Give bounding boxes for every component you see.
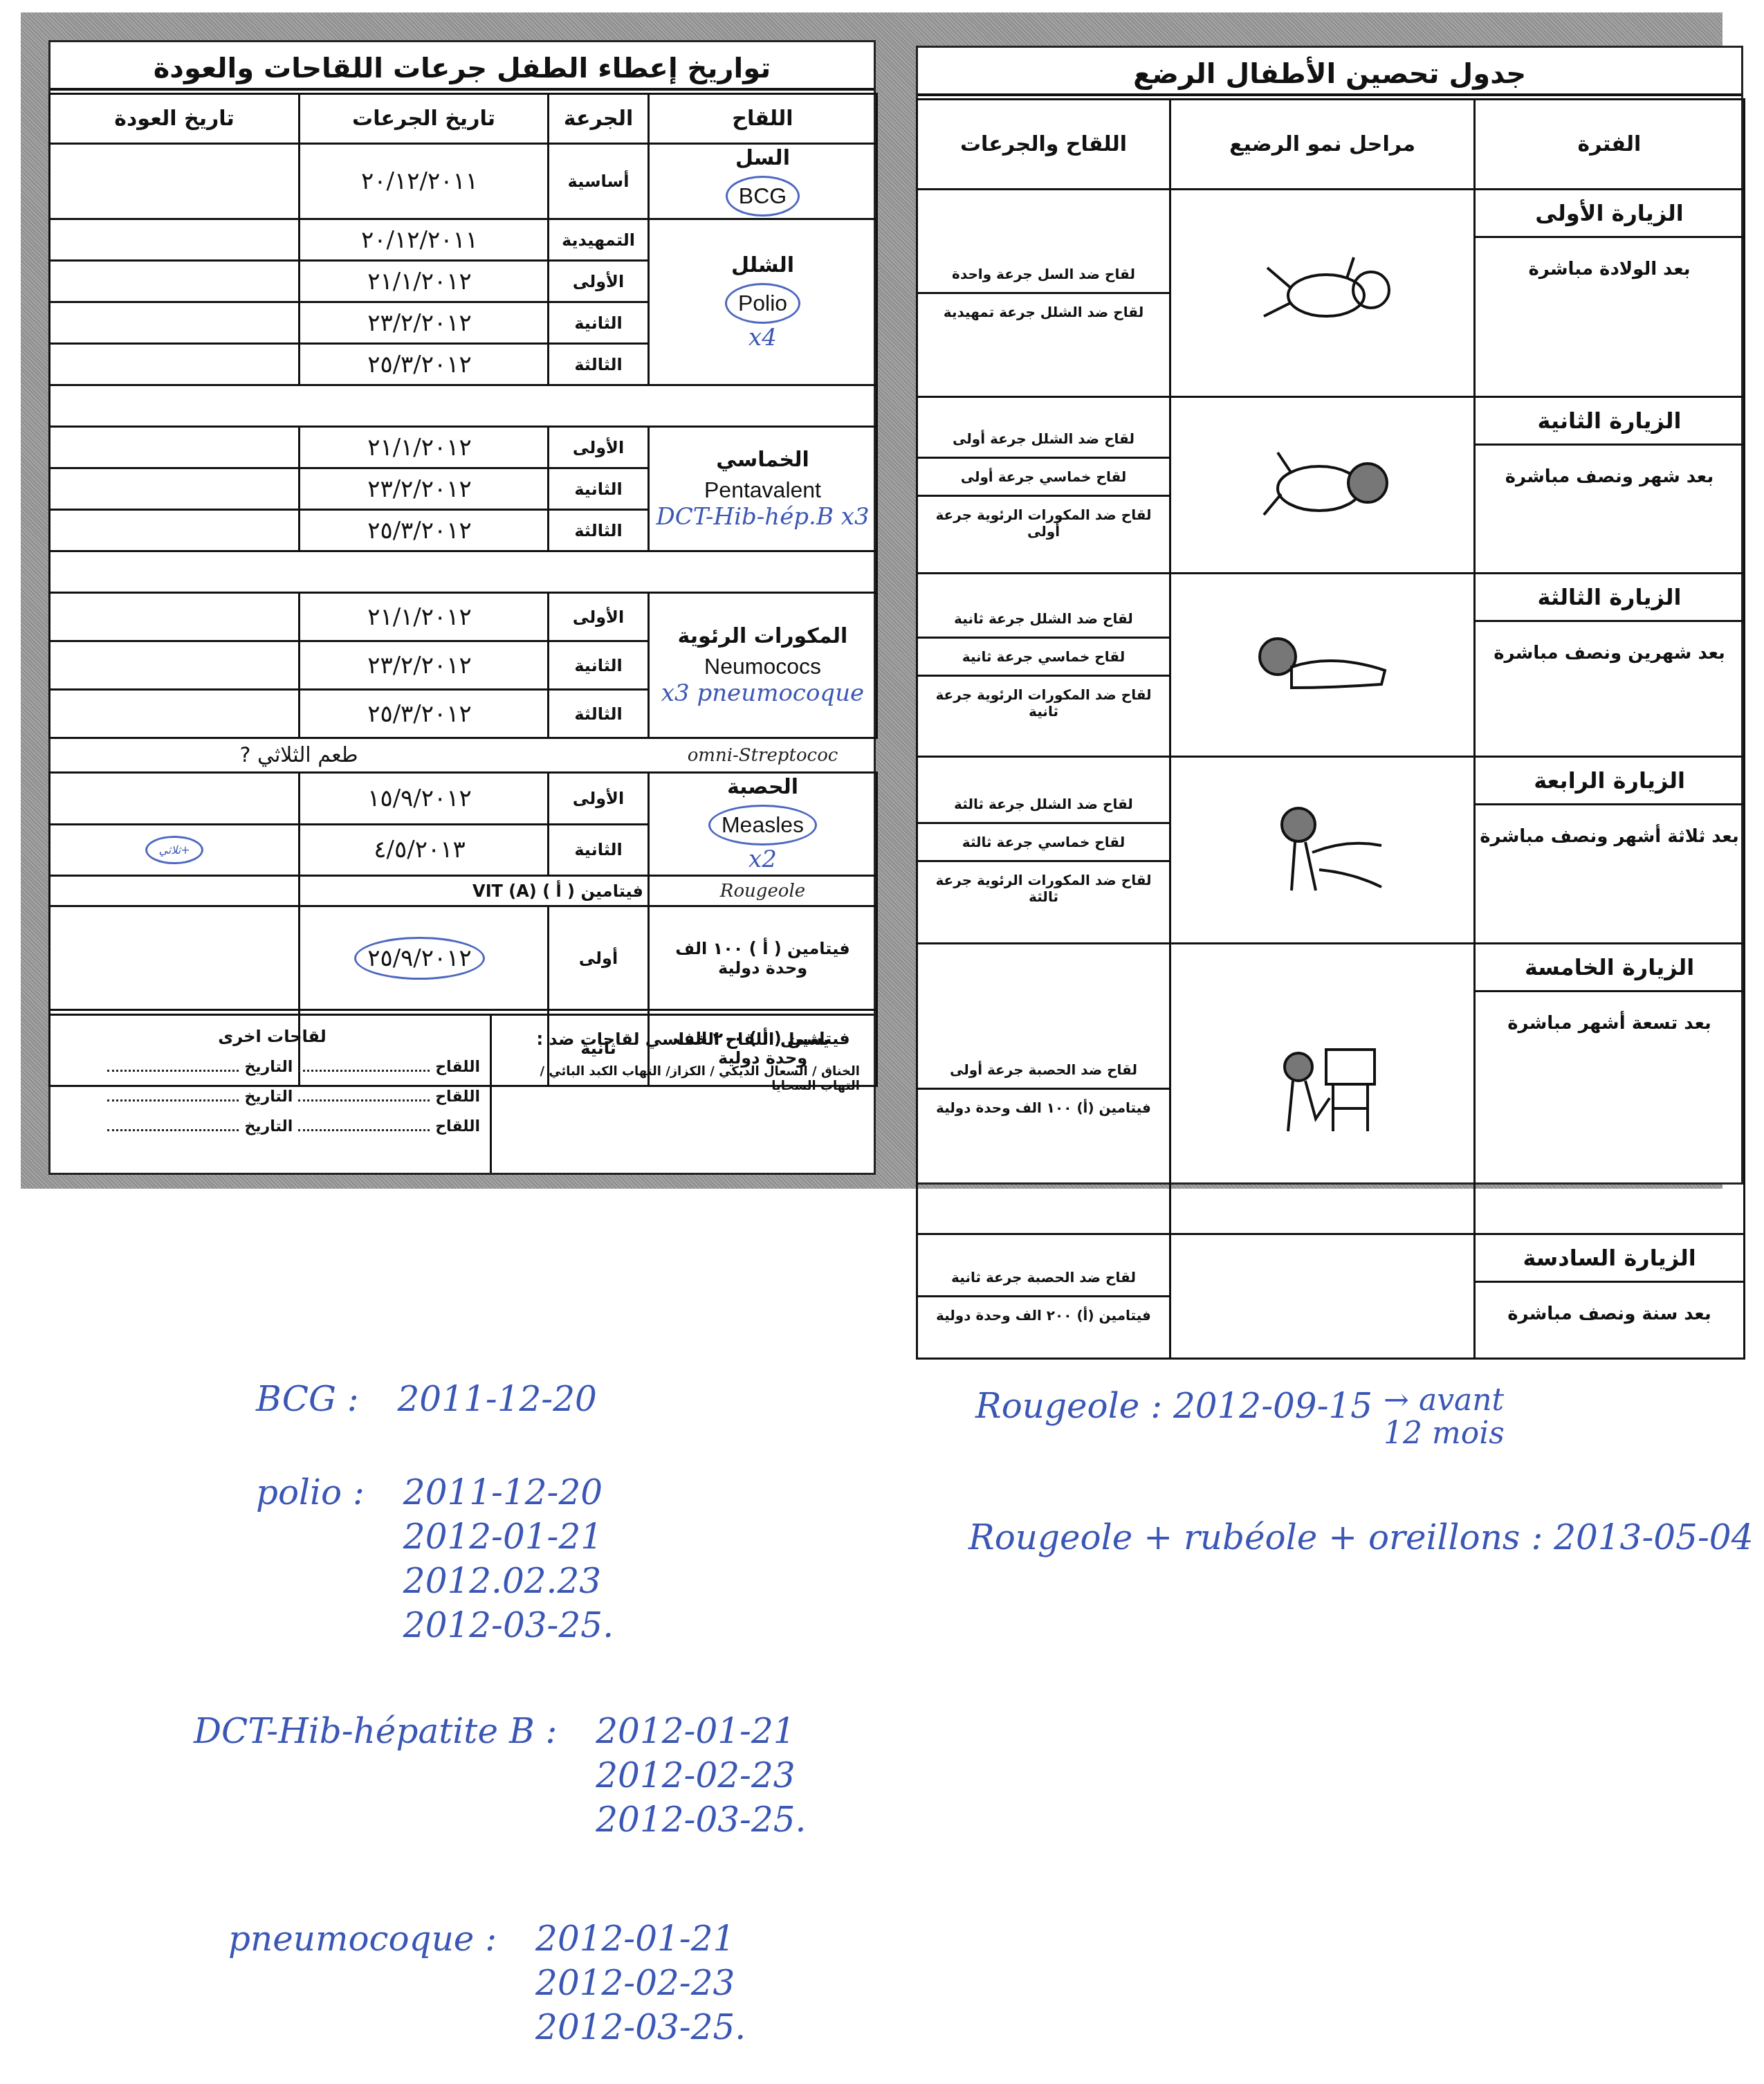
dose-date: ٢٥/٣/٢٠١٢ [300,690,549,738]
vitamin-dose: أولى [549,906,649,1010]
vaccine-cell-3: المكورات الرئويةNeumococsx3 pneumocoque [649,593,877,738]
return-date [50,261,300,302]
note-polio: polio : 2011-12-202012-01-212012.02.2320… [256,1470,614,1647]
extra-handwritten-row: omni-Streptococطعم الثلاثي ? [50,738,877,773]
visit-period: الزيارة الأولىبعد الولادة مباشرة [1475,190,1745,397]
note-date: 2012-02-23 [596,1753,806,1798]
schedule-visit-row: الزيارة الثانيةبعد شهر ونصف مباشرةلقاح ض… [917,397,1745,574]
return-date: +ثلاثي [50,824,300,876]
date-field-label: التاريخ [244,1059,293,1076]
vaccine-name-ar: السل [654,146,872,170]
baby-on-tummy-icon [1250,619,1395,709]
dose-date: ٢٣/٢/٢٠١٢ [300,468,549,510]
schedule-title: جدول تحصين الأطفال الرضع [918,52,1741,96]
visit-stage [1170,757,1475,944]
vaccine-name-ar: الخماسي [654,448,872,472]
dose-label: الثانية [549,824,649,876]
blank-row [50,385,877,427]
note-pneumo-dates: 2012-01-212012-02-232012-03-25. [535,1917,746,2049]
other-vaccine-line: اللقاحالتاريخ [64,1059,480,1076]
visit-title: الزيارة الخامسة [1480,954,1739,980]
vaccine-cell-0: السلBCG [649,144,877,219]
dose-label: الثانية [549,468,649,510]
dose-date: ٢١/١/٢٠١٢ [300,427,549,468]
vitamin-label: فيتامين ( أ ) VIT (A) [300,876,649,906]
vitamin-annotation: Rougeole [649,876,877,906]
note-dct: DCT-Hib-hépatite B : 2012-01-212012-02-2… [194,1709,806,1842]
return-date [50,344,300,385]
dose-date: ٢٣/٢/٢٠١٢ [300,302,549,344]
note-rougeole-date: 2012-09-15 [1173,1386,1372,1426]
vitamin-name: فيتامين ( أ ) ١٠٠ الف وحدة دولية [649,906,877,1010]
blank-row-cell [50,551,877,593]
vitamin-date: ٢٥/٩/٢٠١٢ [300,906,549,1010]
other-vaccines-lines: اللقاحالتاريخاللقاحالتاريخاللقاحالتاريخ [64,1059,480,1135]
dose-label: التمهيدية [549,219,649,261]
visit-stage [1170,397,1475,574]
visit-vaccine-item: لقاح ضد السل جرعة واحدة [918,256,1169,294]
visit-period: الزيارة السادسةبعد سنة ونصف مباشرة [1475,1234,1745,1359]
pentavalent-note: يشمل اللقاح الخماسي لقاحات ضد : الخناق /… [490,1016,874,1173]
vaccine-name-en: Neumococs [654,654,872,679]
dose-record-body: السلBCGأساسية٢٠/١٢/٢٠١١الشللPoliox4التمه… [50,144,877,1086]
visit-vaccine-item: لقاح خماسي جرعة ثانية [918,639,1169,677]
visit-vaccines: لقاح ضد الحصبة جرعة أولىفيتامين (أ) ١٠٠ … [917,944,1170,1234]
blank-row-cell [50,385,877,427]
note-rougeole-label: Rougeole : [975,1386,1162,1426]
note-rougeole: Rougeole : 2012-09-15 → avant 12 mois [975,1384,1543,1450]
note-date: 2012-01-21 [596,1709,806,1753]
vaccine-cell-1: الشللPoliox4 [649,219,877,385]
visit-vaccine-item: لقاح ضد الحصبة جرعة أولى [918,1052,1169,1090]
visit-divider [1476,990,1743,992]
dose-label: الثانية [549,302,649,344]
vaccine-cell-measles: الحصبةMeaslesx2 [649,773,877,876]
schedule-visit-row: الزيارة الأولىبعد الولادة مباشرةلقاح ضد … [917,190,1745,397]
note-date: 2012-03-25. [403,1603,614,1647]
measles-side-note: +ثلاثي [145,836,203,864]
dose-label: الأولى [549,261,649,302]
dose-label: الثالثة [549,510,649,551]
vaccine-field-label: اللقاح [435,1088,480,1106]
note-date: 2012.02.23 [403,1559,614,1603]
extra-annotation: omni-Streptococ [649,738,877,773]
header-period: الفترة [1475,100,1745,190]
note-date: 2012-01-21 [535,1917,746,1961]
schedule-visit-row: الزيارة الرابعةبعد ثلاثة أشهر ونصف مباشر… [917,757,1745,944]
visit-title: الزيارة الأولى [1480,200,1739,226]
vaccine-field-blank[interactable] [298,1099,430,1102]
date-field-label: التاريخ [244,1088,293,1106]
date-field-label: التاريخ [244,1118,293,1135]
vaccine-field-blank[interactable] [298,1129,430,1131]
note-polio-label: polio : [256,1470,365,1515]
visit-vaccine-item: لقاح خماسي جرعة ثالثة [918,824,1169,862]
visit-stage [1170,1234,1475,1359]
note-polio-dates: 2011-12-202012-01-212012.02.232012-03-25… [403,1470,614,1647]
date-field-blank[interactable] [107,1129,239,1131]
vitamin-date-value: ٢٥/٩/٢٠١٢ [354,937,485,980]
vitamin-empty [50,876,300,906]
dose-row: المكورات الرئويةNeumococsx3 pneumocoqueا… [50,593,877,641]
visit-vaccine-item: لقاح ضد الشلل جرعة ثانية [918,601,1169,639]
return-date [50,427,300,468]
note-date: 2011-12-20 [403,1470,614,1515]
vitamin-header-row: Rougeoleفيتامين ( أ ) VIT (A) [50,876,877,906]
dose-date: ٢٣/٢/٢٠١٢ [300,641,549,690]
visit-when: بعد سنة ونصف مباشرة [1480,1304,1739,1324]
dose-row: الحصبةMeaslesx2الأولى١٥/٩/٢٠١٢ [50,773,877,825]
vaccine-name-en: Polio [725,283,800,324]
date-field-blank[interactable] [107,1099,239,1102]
vaccine-field-blank[interactable] [298,1070,430,1072]
vaccine-name-en: Pentavalent [654,477,872,503]
visit-when: بعد الولادة مباشرة [1480,259,1739,280]
visit-title: الزيارة الثالثة [1480,584,1739,610]
vaccine-name-en: BCG [726,176,800,217]
visit-divider [1476,1281,1743,1283]
dose-date: ١٥/٩/٢٠١٢ [300,773,549,825]
visit-period: الزيارة الثانيةبعد شهر ونصف مباشرة [1475,397,1745,574]
dose-date: ٢١/١/٢٠١٢ [300,593,549,641]
return-date [50,593,300,641]
vitamin-row: فيتامين ( أ ) ١٠٠ الف وحدة دوليةأولى٢٥/٩… [50,906,877,1010]
pentavalent-note-title: يشمل اللقاح الخماسي لقاحات ضد : [506,1030,860,1049]
schedule-table: الفترة مراحل نمو الرضيع اللقاح والجرعات … [916,98,1745,1360]
pentavalent-note-body: الخناق / السعال الديكي / الكزاز/ التهاب … [506,1064,860,1093]
visit-vaccine-item: لقاح ضد الشلل جرعة أولى [918,421,1169,459]
note-dct-label: DCT-Hib-hépatite B : [194,1709,557,1753]
dose-date: ٤/٥/٢٠١٣ [300,824,549,876]
return-date [50,641,300,690]
dose-row: السلBCGأساسية٢٠/١٢/٢٠١١ [50,144,877,219]
visit-when: بعد ثلاثة أشهر ونصف مباشرة [1480,826,1739,847]
schedule-visit-row: الزيارة السادسةبعد سنة ونصف مباشرةلقاح ض… [917,1234,1745,1359]
vaccine-field-label: اللقاح [435,1118,480,1135]
dose-label: الأولى [549,593,649,641]
visit-vaccine-item: لقاح ضد الشلل جرعة ثالثة [918,786,1169,824]
visit-stage [1170,944,1475,1234]
visit-vaccine-item: لقاح ضد المكورات الرئوية جرعة ثالثة [918,862,1169,915]
note-date: 2012-03-25. [596,1798,806,1842]
note-ror-date: 2013-05-04 [1554,1517,1753,1557]
vaccine-annotation: x3 pneumocoque [654,679,872,707]
visit-vaccine-item: لقاح ضد المكورات الرئوية جرعة أولى [918,497,1169,549]
schedule-header-row: الفترة مراحل نمو الرضيع اللقاح والجرعات [917,100,1745,190]
return-date [50,468,300,510]
extra-empty [549,738,649,773]
return-date [50,302,300,344]
note-bcg: BCG : 2011-12-20 [256,1377,597,1421]
dose-date: ٢٥/٣/٢٠١٢ [300,344,549,385]
dose-date: ٢١/١/٢٠١٢ [300,261,549,302]
note-bcg-dates: 2011-12-20 [398,1377,597,1421]
dose-row: الخماسيPentavalentDCT-Hib-hép.B x3الأولى… [50,427,877,468]
visit-vaccine-item: لقاح خماسي جرعة أولى [918,459,1169,497]
visit-divider [1476,803,1743,805]
note-dct-dates: 2012-01-212012-02-232012-03-25. [596,1709,806,1842]
other-vaccines-title: لقاحات اخرى [64,1027,480,1046]
vaccine-field-label: اللقاح [435,1059,480,1076]
extra-handwritten-ar: طعم الثلاثي ? [50,738,549,773]
visit-title: الزيارة السادسة [1480,1245,1739,1271]
dose-label: الثالثة [549,344,649,385]
dose-label: الثانية [549,641,649,690]
dose-record-table: اللقاح الجرعة تاريخ الجرعات تاريخ العودة… [48,93,878,1087]
visit-when: بعد شهرين ونصف مباشرة [1480,643,1739,664]
visit-when: بعد تسعة أشهر مباشرة [1480,1013,1739,1034]
header-stages: مراحل نمو الرضيع [1170,100,1475,190]
schedule-page: جدول تحصين الأطفال الرضع الفترة مراحل نم… [916,46,1743,1185]
return-date [50,690,300,738]
baby-lying-curled-icon [1250,439,1395,529]
note-rougeole-remark: → avant 12 mois [1384,1384,1543,1450]
note-date: 2012-03-25. [535,2005,746,2049]
header-vaccine: اللقاح [649,94,877,144]
dose-date: ٢٠/١٢/٢٠١١ [300,219,549,261]
visit-vaccine-item: فيتامين (أ) ٢٠٠ الف وحدة دولية [918,1297,1169,1333]
visit-period: الزيارة الثالثةبعد شهرين ونصف مباشرة [1475,574,1745,757]
note-ror-label: Rougeole + rubéole + oreillons : [968,1517,1543,1557]
header-return-date: تاريخ العودة [50,94,300,144]
header-vaccines: اللقاح والجرعات [917,100,1170,190]
visit-stage [1170,190,1475,397]
date-field-blank[interactable] [107,1070,239,1072]
visit-divider [1476,620,1743,622]
vaccine-name-ar: الحصبة [654,775,872,799]
visit-period: الزيارة الخامسةبعد تسعة أشهر مباشرة [1475,944,1745,1234]
vaccine-annotation: DCT-Hib-hép.B x3 [654,503,872,531]
dose-label: أساسية [549,144,649,219]
return-date [50,773,300,825]
visit-vaccine-item: لقاح ضد المكورات الرئوية جرعة ثانية [918,677,1169,729]
dose-label: الأولى [549,773,649,825]
dose-date: ٢٥/٣/٢٠١٢ [300,510,549,551]
left-footer: يشمل اللقاح الخماسي لقاحات ضد : الخناق /… [50,1014,874,1173]
visit-title: الزيارة الرابعة [1480,767,1739,794]
schedule-body: الزيارة الأولىبعد الولادة مباشرةلقاح ضد … [917,190,1745,1359]
visit-when: بعد شهر ونصف مباشرة [1480,466,1739,487]
schedule-visit-row: الزيارة الخامسةبعد تسعة أشهر مباشرةلقاح … [917,944,1745,1234]
dose-date: ٢٠/١٢/٢٠١١ [300,144,549,219]
visit-vaccines: لقاح ضد الشلل جرعة ثانيةلقاح خماسي جرعة … [917,574,1170,757]
baby-lying-on-back-icon [1250,247,1395,337]
visit-vaccines: لقاح ضد السل جرعة واحدةلقاح ضد الشلل جرع… [917,190,1170,397]
note-date: 2012-01-21 [403,1515,614,1559]
dose-row: الشللPoliox4التمهيدية٢٠/١٢/٢٠١١ [50,219,877,261]
visit-vaccine-item: فيتامين (أ) ١٠٠ الف وحدة دولية [918,1090,1169,1126]
vitamin-return [50,906,300,1010]
visit-divider [1476,236,1743,238]
header-dose-dates: تاريخ الجرعات [300,94,549,144]
visit-vaccine-item: لقاح ضد الحصبة جرعة ثانية [918,1259,1169,1297]
vaccine-name-ar: المكورات الرئوية [654,624,872,648]
visit-vaccines: لقاح ضد الشلل جرعة أولىلقاح خماسي جرعة أ… [917,397,1170,574]
other-vaccine-line: اللقاحالتاريخ [64,1118,480,1135]
note-date: 2012-02-23 [535,1961,746,2005]
visit-divider [1476,444,1743,446]
blank-row [50,551,877,593]
dose-record-header-row: اللقاح الجرعة تاريخ الجرعات تاريخ العودة [50,94,877,144]
dose-label: الثالثة [549,690,649,738]
vaccine-annotation: x2 [654,846,872,873]
vaccine-cell-2: الخماسيPentavalentDCT-Hib-hép.B x3 [649,427,877,551]
vaccine-annotation: x4 [654,324,872,351]
note-date: 2011-12-20 [398,1377,597,1421]
return-date [50,144,300,219]
baby-held-up-icon [1250,804,1395,894]
schedule-visit-row: الزيارة الثالثةبعد شهرين ونصف مباشرةلقاح… [917,574,1745,757]
visit-title: الزيارة الثانية [1480,408,1739,434]
baby-standing-with-chair-icon [1250,1043,1395,1133]
visit-vaccine-item: لقاح ضد الشلل جرعة تمهيدية [918,294,1169,330]
vaccine-name-en: Measles [708,805,817,846]
return-date [50,510,300,551]
note-ror: Rougeole + rubéole + oreillons : 2013-05… [968,1515,1753,1560]
other-vaccine-line: اللقاحالتاريخ [64,1088,480,1106]
note-bcg-label: BCG : [256,1377,359,1421]
header-dose: الجرعة [549,94,649,144]
visit-vaccines: لقاح ضد الشلل جرعة ثالثةلقاح خماسي جرعة … [917,757,1170,944]
other-vaccines: لقاحات اخرى اللقاحالتاريخاللقاحالتاريخال… [50,1016,494,1173]
note-pneumo: pneumocoque : 2012-01-212012-02-232012-0… [228,1917,746,2049]
note-pneumo-label: pneumocoque : [228,1917,497,1961]
dose-record-title: تواريخ إعطاء الطفل جرعات اللقاحات والعود… [50,46,874,91]
visit-period: الزيارة الرابعةبعد ثلاثة أشهر ونصف مباشر… [1475,757,1745,944]
visit-vaccines: لقاح ضد الحصبة جرعة ثانيةفيتامين (أ) ٢٠٠… [917,1234,1170,1359]
dose-label: الأولى [549,427,649,468]
vaccine-name-ar: الشلل [654,253,872,277]
visit-stage [1170,574,1475,757]
return-date [50,219,300,261]
dose-record-page: تواريخ إعطاء الطفل جرعات اللقاحات والعود… [48,40,876,1175]
